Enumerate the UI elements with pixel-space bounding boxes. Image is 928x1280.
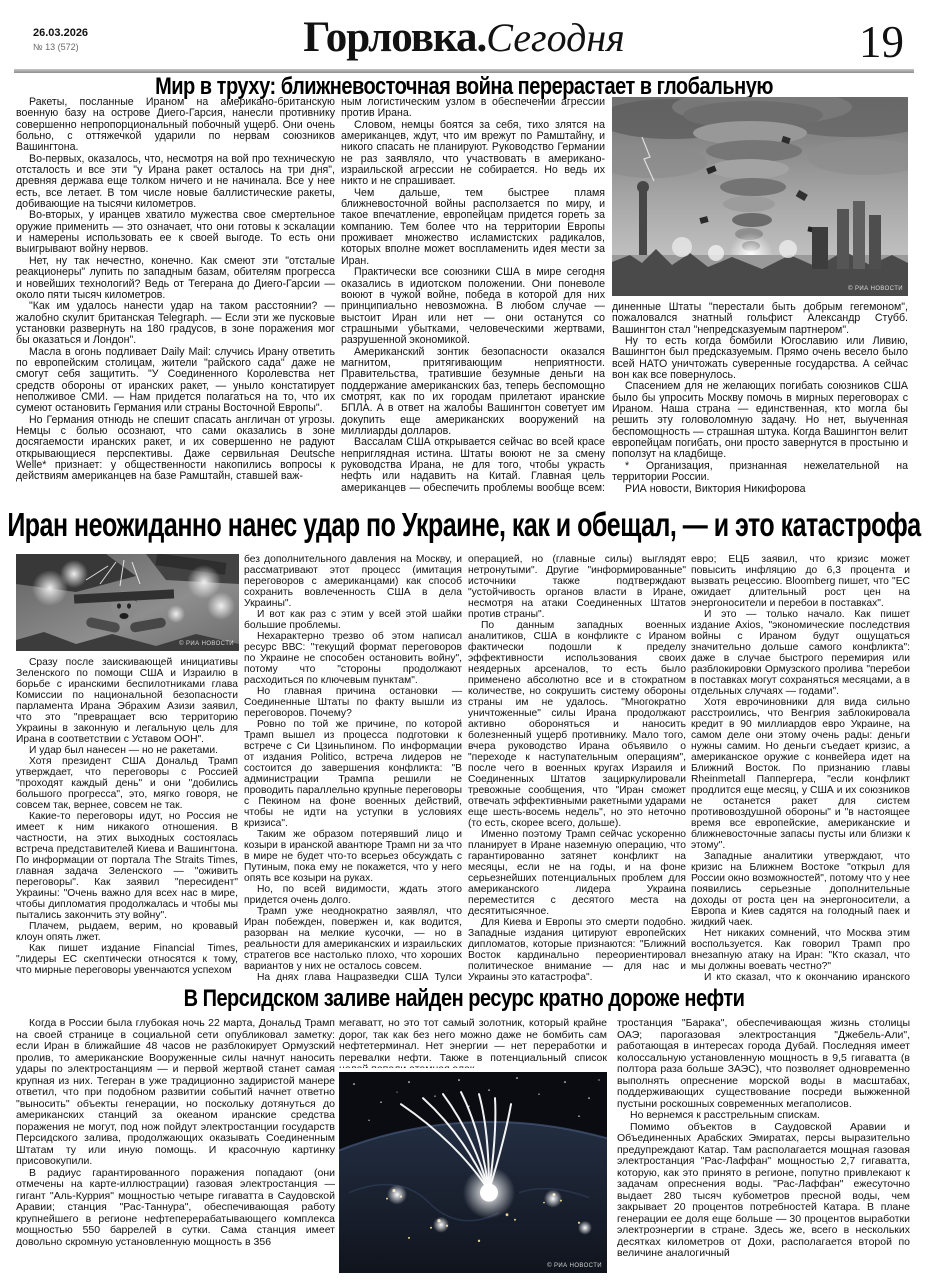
article2-headline: Иран неожиданно нанес удар по Украине, к… (0, 507, 928, 545)
header-rule (14, 69, 914, 73)
paragraph: евро; ЕЦБ заявил, что кризис может повыс… (691, 554, 910, 609)
paragraph: Американский зонтик безопасности оказалс… (341, 347, 605, 438)
paragraph: Спасением для не желающих погибать союзн… (612, 381, 908, 460)
paragraph: Во-вторых, у иранцев хватило мужества св… (16, 210, 335, 255)
masthead: Горловка.Сегодня (0, 13, 928, 62)
paragraph: Масла в огонь подливает Daily Mail: случ… (16, 347, 335, 415)
article3-column-1: Когда в России была глубокая ночь 22 мар… (16, 1018, 335, 1260)
paragraph: Вассалам США открывается сейчас во всей … (341, 437, 605, 494)
article2-column-4: евро; ЕЦБ заявил, что кризис может повыс… (691, 554, 910, 982)
paragraph: без дополнительного давления на Москву, … (244, 554, 462, 609)
article3-column-3: тростанция "Барака", обеспечивающая жизн… (617, 1018, 910, 1270)
article3-image: © РИА НОВОСТИ (339, 1072, 607, 1273)
article1-column-1: Ракеты, посланные Ираном на американо-бр… (16, 97, 335, 494)
paragraph: ным логистическим узлом в обеспечении аг… (341, 97, 605, 120)
paragraph: Нет никаких сомнений, что Москва этим во… (691, 928, 910, 972)
paragraph: И удар был нанесен — но не ракетами. (16, 745, 238, 756)
paragraph: Помимо объектов в Саудовской Аравии и Об… (617, 1122, 910, 1260)
article2-photo: © РИА НОВОСТИ (16, 554, 239, 651)
article3-column-2: мегаватт, но это тот самый золотник, кот… (339, 1018, 607, 1068)
paragraph: Западные аналитики утверждают, что кризи… (691, 851, 910, 928)
paragraph: Для Киева и Европы это смерти подобно. З… (468, 917, 686, 982)
paragraph: И это — только начало. Как пишет издание… (691, 609, 910, 697)
page-number: 19 (859, 16, 904, 68)
paragraph: Словом, немцы боятся за себя, тихо злятс… (341, 120, 605, 188)
paragraph: Чем дальше, тем быстрее пламя ближневост… (341, 188, 605, 267)
paragraph: Хотя еврочиновники для вида сильно расст… (691, 697, 910, 851)
article2-column-2: без дополнительного давления на Москву, … (244, 554, 462, 982)
paragraph: Именно поэтому Трамп сейчас ускоренно пл… (468, 829, 686, 917)
article1-image: © РИА НОВОСТИ (612, 97, 908, 296)
paragraph: "Как им удалось нанести удар на таком ра… (16, 301, 335, 346)
paragraph: По данным западных военных аналитиков, С… (468, 620, 686, 829)
paragraph: мегаватт, но это тот самый золотник, кот… (339, 1018, 607, 1068)
paragraph: Когда в России была глубокая ночь 22 мар… (16, 1018, 335, 1168)
paragraph: И кто сказал, что к окончанию иранского … (691, 972, 910, 982)
paragraph: Ну то есть когда бомбили Югославию или Л… (612, 336, 908, 381)
article3-headline: В Персидском заливе найден ресурс кратно… (0, 986, 928, 1013)
paragraph: Но вернемся к расстрельным спискам. (617, 1110, 910, 1122)
article2-column-3: операцией, но (главные силы) выглядят не… (468, 554, 686, 982)
paragraph: РИА новости, Виктория Никифорова (612, 484, 908, 495)
paragraph: Сразу после заискивающей инициативы Зеле… (16, 657, 238, 745)
paragraph: Какие-то переговоры идут, но Россия не и… (16, 811, 238, 921)
article1-image-credit: © РИА НОВОСТИ (848, 286, 903, 292)
article1-column-2: ным логистическим узлом в обеспечении аг… (341, 97, 605, 494)
paragraph: Практически все союзники США в мире сего… (341, 267, 605, 346)
article2-column-1: Сразу после заискивающей инициативы Зеле… (16, 657, 238, 982)
paragraph: И вот как раз с этим у всей этой шайки б… (244, 609, 462, 631)
tornado-over-ruined-city-illustration (612, 97, 908, 296)
paragraph: Таким же образом потерявший лицо и козыр… (244, 829, 462, 884)
paragraph: тростанция "Барака", обеспечивающая жизн… (617, 1018, 910, 1110)
newspaper-page: 26.03.2026 № 13 (572) Горловка.Сегодня 1… (0, 0, 928, 1280)
paragraph: Трамп уже неоднократно заявлял, что Иран… (244, 906, 462, 972)
paragraph: Ровно по той же причине, по которой Трам… (244, 719, 462, 829)
masthead-accent: Сегодня (486, 15, 624, 60)
masthead-main: Горловка. (303, 14, 486, 61)
paragraph: операцией, но (главные силы) выглядят не… (468, 554, 686, 620)
paragraph: Но главная причина остановки — Соединенн… (244, 686, 462, 719)
paragraph: диненные Штаты "перестали быть добрым ге… (612, 302, 908, 336)
paragraph: Нехарактерно трезво об этом написал ресу… (244, 631, 462, 686)
paragraph: Во-первых, оказалось, что, несмотря на в… (16, 154, 335, 211)
paragraph: Хотя президент США Дональд Трамп утвержд… (16, 756, 238, 811)
paragraph: Нет, ну так нечестно, конечно. Как смеют… (16, 256, 335, 301)
paragraph: Но Германия отнюдь не спешит спасать анг… (16, 415, 335, 483)
paragraph: Ракеты, посланные Ираном на американо-бр… (16, 97, 335, 154)
man-under-debris-illustration (16, 554, 239, 651)
paragraph: Но, по всей видимости, ждать этого приде… (244, 884, 462, 906)
article3-image-credit: © РИА НОВОСТИ (547, 1263, 602, 1269)
night-satellite-missile-launch-illustration (339, 1072, 607, 1273)
paragraph: В радиус гарантированного поражения попа… (16, 1168, 335, 1249)
paragraph: * Организация, признанная нежелательной … (612, 461, 908, 484)
article2-photo-credit: © РИА НОВОСТИ (179, 641, 234, 647)
paragraph: Плачем, рыдаем, верим, но кровавый клоун… (16, 921, 238, 943)
article1-column-3: диненные Штаты "перестали быть добрым ге… (612, 302, 908, 494)
paragraph: На днях глава Нацразведки США Тулси Габб… (244, 972, 462, 982)
paragraph: Как пишет издание Financial Times, "лиде… (16, 943, 238, 976)
